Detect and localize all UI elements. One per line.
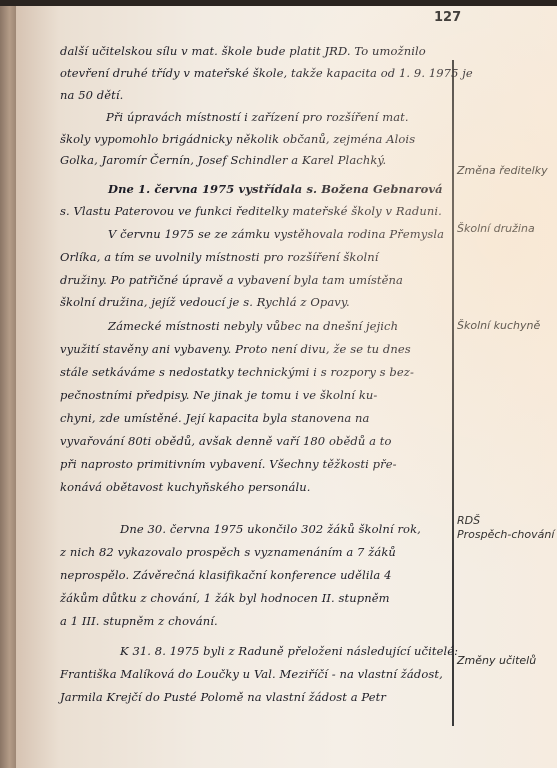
text-line: V červnu 1975 se ze zámku vystěhovala ro…: [108, 227, 444, 241]
text-line: školy vypomohlo brigádnicky několik obča…: [60, 132, 415, 146]
text-line: Orlíka, a tím se uvolnily místnosti pro …: [60, 250, 379, 264]
text-line: konává obětavost kuchyňského personálu.: [60, 480, 311, 494]
text-line: na 50 dětí.: [60, 88, 123, 102]
text-line: další učitelskou sílu v mat. škole bude …: [60, 44, 426, 58]
ledger-page: 127 další učitelskou sílu v mat. škole b…: [16, 6, 557, 768]
text-line: při naprosto primitivním vybavení. Všech…: [60, 457, 397, 471]
text-line: Dne 1. června 1975 vystřídala s. Božena …: [108, 182, 443, 196]
text-line: K 31. 8. 1975 byli z Raduně přeloženi ná…: [120, 644, 458, 658]
page-number: 127: [434, 10, 461, 25]
text-line: chyni, zde umístěné. Její kapacita byla …: [60, 411, 370, 425]
text-line: družiny. Po patřičné úpravě a vybavení b…: [60, 273, 403, 287]
margin-note-results-behavior: Prospěch-chování: [457, 528, 554, 541]
margin-note-school-kitchen: Školní kuchyně: [457, 319, 540, 332]
text-line: Jarmila Krejčí do Pusté Polomě na vlastn…: [60, 690, 386, 704]
text-line: neprospělo. Závěrečná klasifikační konfe…: [60, 568, 392, 582]
margin-note-rds: RDŠ: [457, 514, 480, 527]
text-line: školní družina, jejíž vedoucí je s. Rych…: [60, 295, 350, 309]
margin-note-director-change: Změna ředitelky: [457, 164, 548, 177]
text-line: využití stavěny ani vybaveny. Proto není…: [60, 342, 411, 356]
text-line: vyvařování 80ti obědů, avšak denně vaří …: [60, 434, 392, 448]
margin-note-school-club: Školní družina: [457, 222, 535, 235]
text-line: z nich 82 vykazovalo prospěch s vyznamen…: [60, 545, 396, 559]
text-line: a 1 III. stupněm z chování.: [60, 614, 218, 628]
text-line: žákům důtku z chování, 1 žák byl hodnoce…: [60, 591, 390, 605]
text-line: Golka, Jaromír Černín, Josef Schindler a…: [60, 153, 386, 167]
text-line: Dne 30. června 1975 ukončilo 302 žáků šk…: [120, 522, 421, 536]
book-binding: [0, 6, 16, 768]
text-line: Zámecké místnosti nebyly vůbec na dnešní…: [108, 319, 398, 333]
text-line: Při úpravách místností i zařízení pro ro…: [106, 110, 409, 124]
margin-note-teacher-changes: Změny učitelů: [457, 654, 536, 667]
text-line: Františka Malíková do Loučky u Val. Mezi…: [60, 667, 443, 681]
text-line: pečnostními předpisy. Ne jinak je tomu i…: [60, 388, 377, 402]
text-line: stále setkáváme s nedostatky technickými…: [60, 365, 414, 379]
text-line: otevření druhé třídy v mateřské škole, t…: [60, 66, 473, 80]
text-line: s. Vlastu Paterovou ve funkci ředitelky …: [60, 204, 442, 218]
margin-rule: [452, 60, 454, 726]
